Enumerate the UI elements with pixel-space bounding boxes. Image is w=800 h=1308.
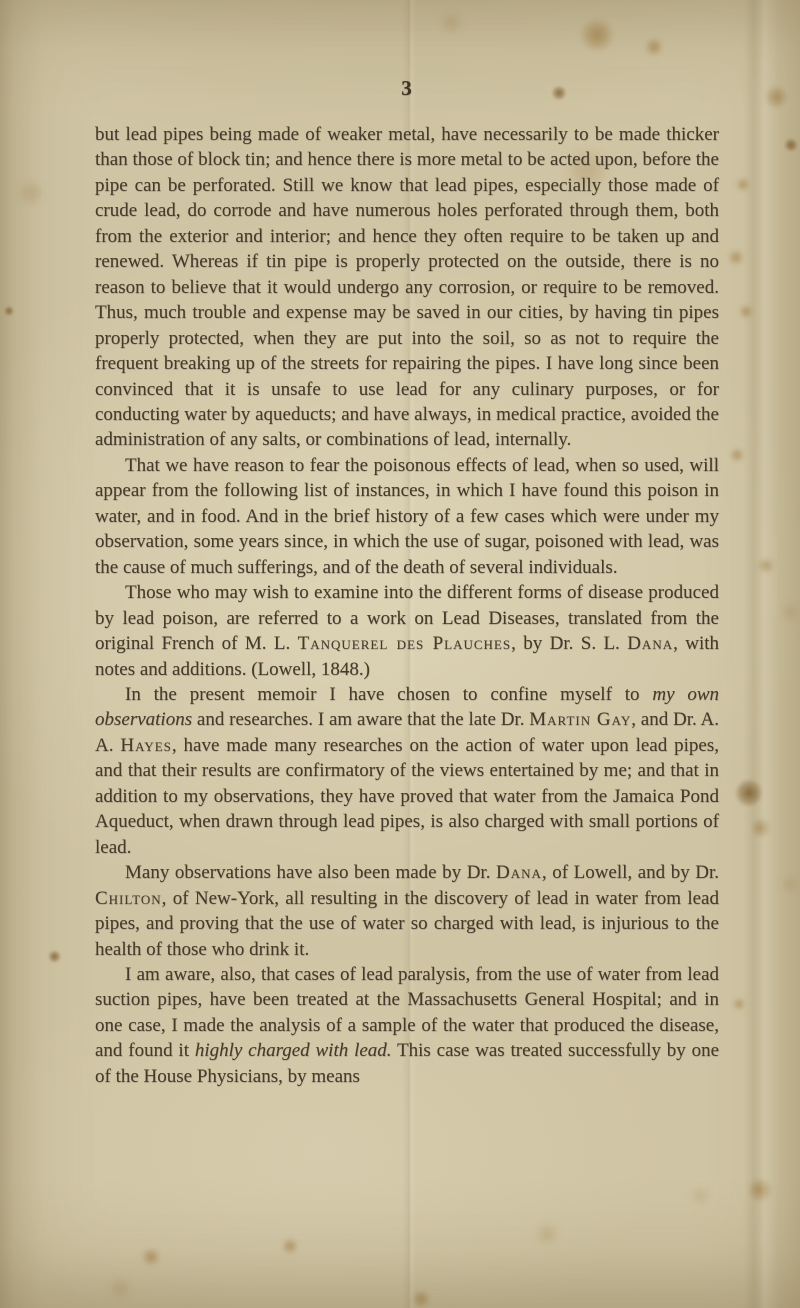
paragraph-2-text: That we have reason to fear the poisonou… (95, 455, 719, 578)
paragraph-5-text: , of Lowell, and by Dr. (542, 862, 719, 883)
fox-stain (784, 138, 798, 152)
author-name-martin-gay: Martin Gay (529, 709, 631, 730)
paragraph-2: That we have reason to fear the poisonou… (95, 453, 719, 580)
paragraph-5-text: , of New-York, all resulting in the disc… (95, 888, 719, 960)
fox-stain (758, 558, 774, 573)
fox-stain (728, 250, 744, 265)
author-name-hayes: Hayes (120, 735, 171, 756)
paragraph-3-text: , by Dr. S. L. (511, 633, 627, 654)
author-name-chilton: Chilton (95, 888, 162, 909)
fox-stain (282, 1238, 298, 1254)
page-number: 3 (95, 76, 719, 101)
fox-stain (733, 998, 745, 1010)
author-name-tanquerel: Tanquerel des Plauches (298, 633, 512, 654)
fox-stain (440, 14, 462, 32)
author-name-dana: Dana (496, 862, 542, 883)
fox-stain (412, 1290, 430, 1308)
paragraph-3: Those who may wish to examine into the d… (95, 580, 719, 682)
fox-stain (748, 1178, 772, 1202)
scanned-book-page: 3 but lead pipes being made of weaker me… (0, 0, 800, 1308)
paragraph-1-text: but lead pipes being made of weaker meta… (95, 124, 719, 450)
page-edge-crease (744, 0, 778, 1308)
paragraph-4-text: and researches. I am aware that the late… (192, 709, 529, 730)
paragraph-4-text: , have made many researches on the actio… (95, 735, 719, 858)
fox-stain (18, 182, 44, 204)
fox-stain (739, 305, 753, 318)
fox-stain (764, 86, 788, 108)
fox-stain (735, 778, 763, 808)
paragraph-4: In the present memoir I have chosen to c… (95, 682, 719, 860)
paragraph-6: I am aware, also, that cases of lead par… (95, 962, 719, 1089)
fox-stain (645, 38, 663, 56)
fox-stain (536, 1224, 558, 1244)
paragraph-5: Many observations have also been made by… (95, 860, 719, 962)
paragraph-1: but lead pipes being made of weaker meta… (95, 122, 719, 453)
fox-stain (692, 1188, 708, 1204)
author-name-dana: Dana (627, 633, 673, 654)
fox-stain (580, 18, 614, 52)
fox-stain (48, 950, 61, 963)
fox-stain (752, 818, 770, 838)
fox-stain (782, 876, 798, 892)
fox-stain (110, 1278, 130, 1298)
fox-stain (730, 448, 744, 462)
fox-stain (4, 306, 14, 316)
fox-stain (142, 1248, 160, 1266)
paragraph-5-text: Many observations have also been made by… (125, 862, 496, 883)
fox-stain (736, 178, 750, 191)
italic-phrase-highly-charged: highly charged with lead. (195, 1040, 392, 1061)
fox-stain (782, 604, 798, 620)
paragraph-4-text: In the present memoir I have chosen to c… (125, 684, 652, 705)
body-text: but lead pipes being made of weaker meta… (95, 122, 719, 1089)
